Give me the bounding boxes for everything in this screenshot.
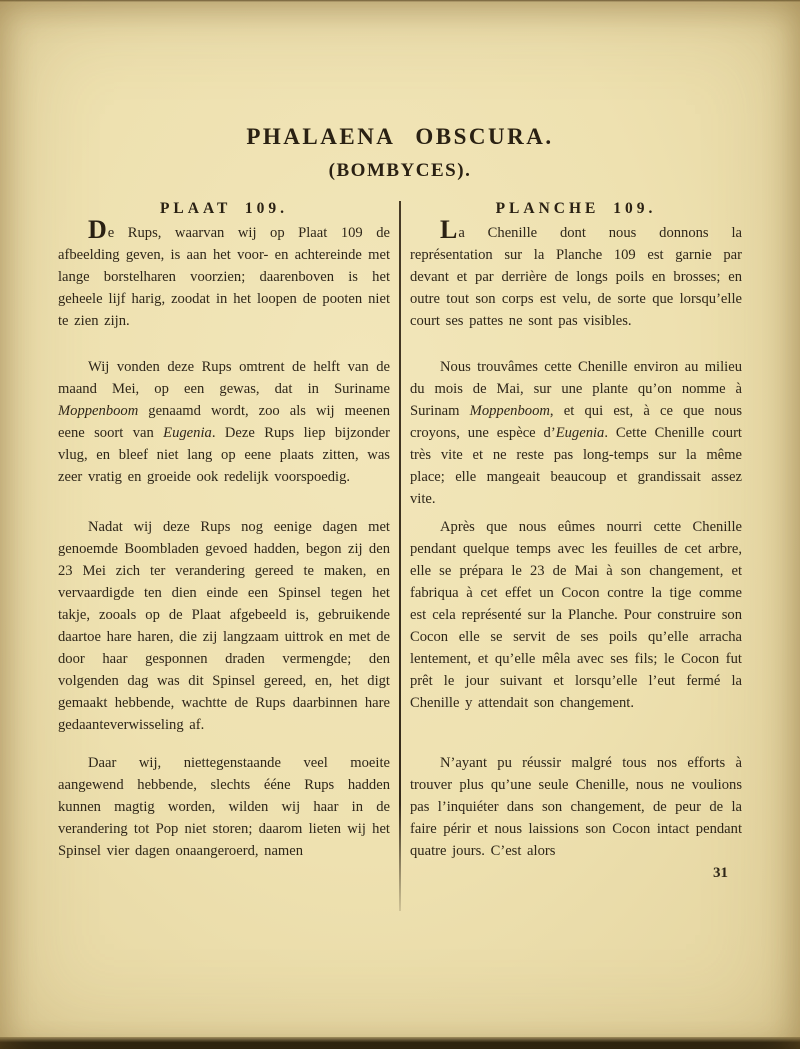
column-divider: [399, 201, 401, 911]
column-dutch: PLAAT 109. De Rups, waarvan wij op Plaat…: [58, 199, 390, 862]
top-scan-edge: [0, 0, 800, 2]
species-name: Eugenia: [163, 425, 212, 441]
text-run: Daar wij, niettegenstaande veel moeite a…: [58, 755, 390, 859]
bottom-scan-edge: [0, 1037, 800, 1049]
text-run: N’ayant pu réussir malgré tous nos effor…: [410, 755, 742, 859]
text-run: Nadat wij deze Rups nog eenige dagen met…: [58, 519, 390, 733]
column-body-french: La Chenille dont nous donnons la représe…: [410, 222, 742, 862]
paragraph: De Rups, waarvan wij op Plaat 109 de afb…: [58, 222, 390, 356]
text-run: a Chenille dont nous donnons la représen…: [410, 225, 742, 329]
paragraph: La Chenille dont nous donnons la représe…: [410, 222, 742, 356]
species-name: Moppenboom: [58, 403, 138, 419]
paragraph: Wij vonden deze Rups omtrent de helft va…: [58, 356, 390, 516]
raised-initial: D: [88, 215, 108, 244]
paragraph: Daar wij, niettegenstaande veel moeite a…: [58, 752, 390, 862]
species-name: Eugenia: [556, 425, 605, 441]
paragraph: Après que nous eûmes nourri cette Chenil…: [410, 516, 742, 752]
column-french: PLANCHE 109. La Chenille dont nous donno…: [410, 199, 742, 882]
page: PHALAENA OBSCURA. (BOMBYCES). PLAAT 109.…: [0, 0, 800, 1049]
page-subtitle: (BOMBYCES).: [0, 160, 800, 182]
paragraph: Nous trouvâmes cette Chenille environ au…: [410, 356, 742, 516]
signature-number: 31: [410, 865, 742, 882]
text-run: Après que nous eûmes nourri cette Chenil…: [410, 519, 742, 711]
paragraph: Nadat wij deze Rups nog eenige dagen met…: [58, 516, 390, 752]
text-run: Wij vonden deze Rups omtrent de helft va…: [58, 359, 390, 397]
page-title: PHALAENA OBSCURA.: [0, 124, 800, 150]
column-header-french: PLANCHE 109.: [410, 199, 742, 219]
paragraph: N’ayant pu réussir malgré tous nos effor…: [410, 752, 742, 862]
raised-initial: L: [440, 215, 458, 244]
species-name: Moppenboom: [470, 403, 550, 419]
column-body-dutch: De Rups, waarvan wij op Plaat 109 de afb…: [58, 222, 390, 862]
text-columns: PLAAT 109. De Rups, waarvan wij op Plaat…: [58, 199, 742, 911]
